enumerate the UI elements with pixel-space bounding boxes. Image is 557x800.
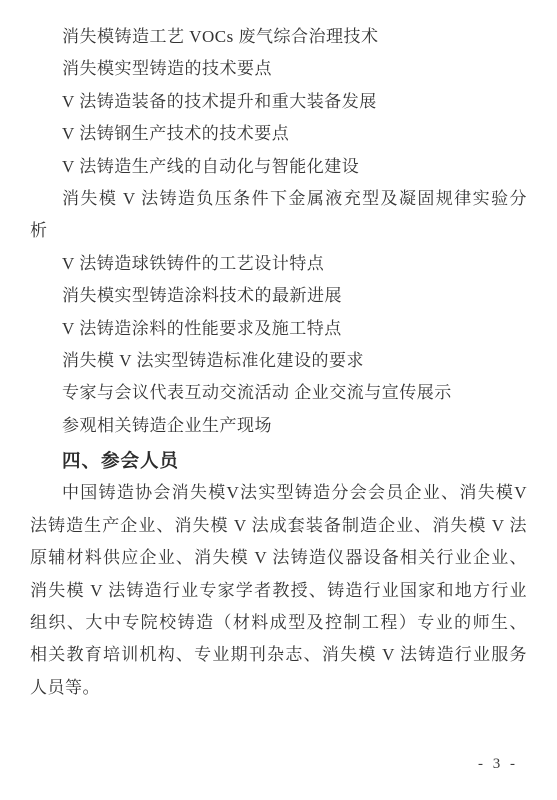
section-heading-participants: 四、参会人员 (30, 445, 527, 477)
agenda-line: V 法铸造球铁铸件的工艺设计特点 (30, 248, 527, 280)
document-page: 消失模铸造工艺 VOCs 废气综合治理技术 消失模实型铸造的技术要点 V 法铸造… (0, 0, 557, 800)
agenda-line-wrap: 析 (30, 215, 527, 247)
agenda-line: V 法铸造装备的技术提升和重大装备发展 (30, 86, 527, 118)
agenda-line: 参观相关铸造企业生产现场 (30, 410, 527, 442)
paragraph-line: 消失模 V 法铸造行业专家学者教授、铸造行业国家和地方行业 (30, 575, 527, 607)
agenda-line: 消失模实型铸造涂料技术的最新进展 (30, 280, 527, 312)
paragraph-line: 相关教育培训机构、专业期刊杂志、消失模 V 法铸造行业服务 (30, 639, 527, 671)
agenda-line: 消失模铸造工艺 VOCs 废气综合治理技术 (30, 21, 527, 53)
paragraph-line: 中国铸造协会消失模V法实型铸造分会会员企业、消失模V (30, 477, 527, 509)
agenda-line: 消失模 V 法铸造负压条件下金属液充型及凝固规律实验分 (30, 183, 527, 215)
agenda-line: V 法铸钢生产技术的技术要点 (30, 118, 527, 150)
page-number: - 3 - (478, 756, 518, 773)
document-content: 消失模铸造工艺 VOCs 废气综合治理技术 消失模实型铸造的技术要点 V 法铸造… (0, 0, 557, 704)
paragraph-line: 原辅材料供应企业、消失模 V 法铸造仪器设备相关行业企业、 (30, 542, 527, 574)
agenda-line: 消失模实型铸造的技术要点 (30, 53, 527, 85)
agenda-line: 消失模 V 法实型铸造标准化建设的要求 (30, 345, 527, 377)
paragraph-line: 组织、大中专院校铸造（材料成型及控制工程）专业的师生、 (30, 607, 527, 639)
paragraph-line: 法铸造生产企业、消失模 V 法成套装备制造企业、消失模 V 法 (30, 510, 527, 542)
agenda-line: V 法铸造生产线的自动化与智能化建设 (30, 151, 527, 183)
paragraph-line: 人员等。 (30, 672, 527, 704)
agenda-line: 专家与会议代表互动交流活动 企业交流与宣传展示 (30, 377, 527, 409)
agenda-line: V 法铸造涂料的性能要求及施工特点 (30, 313, 527, 345)
